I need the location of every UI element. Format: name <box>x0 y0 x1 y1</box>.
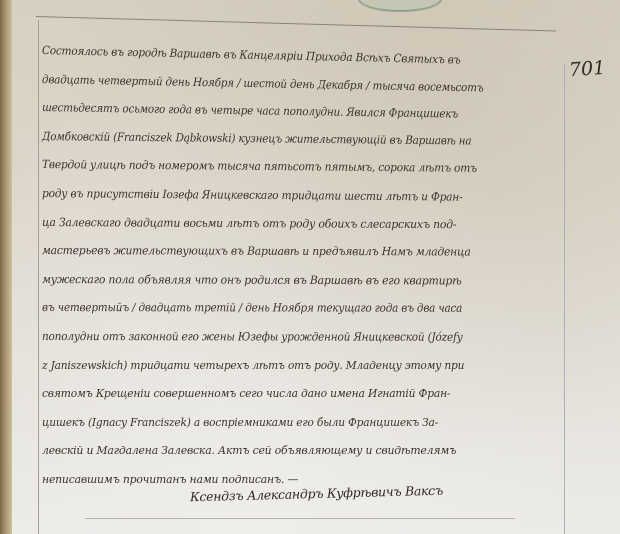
entry-line: мужескаго пола объявляя что онъ родился … <box>42 265 538 295</box>
entry-line: пополудни отъ законной его жены Юзефы ур… <box>42 322 522 351</box>
page-frame-right-rule <box>564 64 565 534</box>
entry-line: святомъ Крещеніи совершенномъ сего числа… <box>42 379 533 408</box>
page-frame-left-rule <box>38 20 39 534</box>
signature-rule <box>85 518 515 519</box>
entry-line: z Janiszewskich) тридцати четырехъ лѣтъ … <box>42 351 527 380</box>
entry-line: левскій и Магдалена Залевска. Актъ сей о… <box>42 436 538 465</box>
book-binding-edge <box>0 0 12 534</box>
entry-line: ца Залевскаго двадцати восьми лѣтъ отъ р… <box>42 208 538 239</box>
folio-number: 701 <box>568 57 606 81</box>
entry-line: цишекъ (Ignacy Franciszek) а воспріемник… <box>42 408 527 437</box>
register-page: 701 Состоялось въ городѣ Варшавѣ въ Канц… <box>0 0 620 534</box>
entry-line: роду въ присутствіи Іозефа Яницкевскаго … <box>42 179 528 212</box>
page-frame-top-rule <box>36 16 556 32</box>
entry-line: въ четвертыйъ / двадцать третій / день Н… <box>42 293 517 322</box>
archive-stamp <box>358 0 442 12</box>
entry-line: мастерьевъ жительствующихъ въ Варшавѣ и … <box>42 236 533 266</box>
register-entry-text: Состоялось въ городѣ Варшавѣ въ Канцеляр… <box>42 36 564 494</box>
entry-line: Твердой улицѣ подъ номеромъ тысяча пятьс… <box>42 150 528 183</box>
